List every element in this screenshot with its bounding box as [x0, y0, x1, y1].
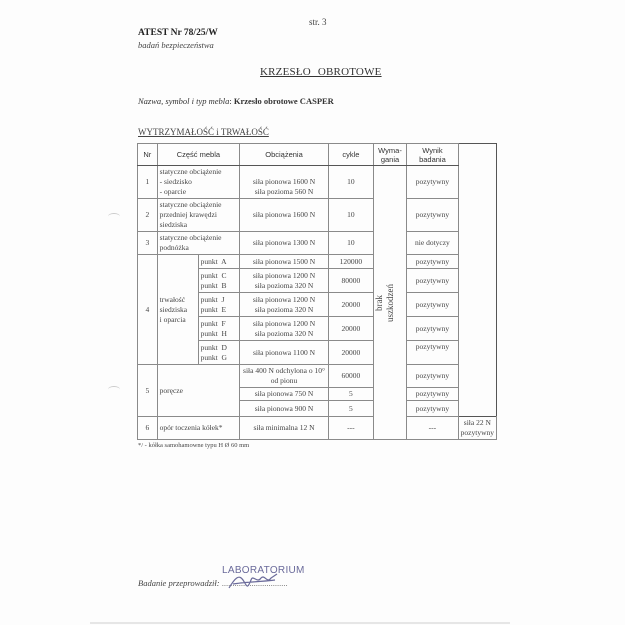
row-cycles: 5: [328, 401, 373, 417]
header-part: Część mebla: [157, 144, 239, 166]
row-result: pozytywny: [407, 341, 458, 365]
header-nr: Nr: [138, 144, 158, 166]
row-points: punkt A: [198, 255, 239, 269]
row-cycles: 80000: [328, 269, 373, 293]
row-result: pozytywny: [407, 388, 458, 401]
row-result: pozytywny: [407, 401, 458, 417]
document-title: KRZESŁO OBROTOWE: [260, 66, 382, 78]
row-load: siła pionowa 1200 N siła pozioma 320 N: [240, 317, 329, 341]
header-requirements: Wyma- gania: [373, 144, 406, 166]
row-part: trwałość siedziska i oparcia: [157, 255, 198, 365]
row-nr: 1: [138, 166, 158, 199]
row-cycles: 60000: [328, 365, 373, 388]
row-cycles: ---: [328, 417, 373, 440]
row-cycles: 10: [328, 199, 373, 232]
row-load: siła pionowa 1600 N siła pozioma 560 N: [240, 166, 329, 199]
row-cycles: 5: [328, 388, 373, 401]
product-label: Nazwa, symbol i typ mebla: [138, 96, 229, 106]
row-nr: 4: [138, 255, 158, 365]
row-cycles: 20000: [328, 317, 373, 341]
row-result: pozytywny: [407, 199, 458, 232]
row-nr: 3: [138, 232, 158, 255]
row-load: siła pionowa 900 N: [240, 401, 329, 417]
product-value: Krzesło obrotowe CASPER: [234, 96, 334, 106]
row-result: pozytywny: [407, 365, 458, 388]
section-title: WYTRZYMAŁOŚĆ i TRWAŁOŚĆ: [138, 127, 269, 137]
row-nr: 2: [138, 199, 158, 232]
row-result: nie dotyczy: [407, 232, 458, 255]
header-load: Obciążenia: [240, 144, 329, 166]
row-part: statyczne obciążenie podnóżka: [157, 232, 239, 255]
row-result: pozytywny: [407, 255, 458, 269]
row-requirement: ---: [407, 417, 458, 440]
row-cycles: 20000: [328, 293, 373, 317]
table-row: 2 statyczne obciążenie przedniej krawędz…: [138, 199, 497, 232]
row-cycles: 10: [328, 232, 373, 255]
row-points: punkt C punkt B: [198, 269, 239, 293]
table-row: 5 poręcze siła 400 N odchylona o 10° od …: [138, 365, 497, 388]
row-points: punkt J punkt E: [198, 293, 239, 317]
table-row: 6 opór toczenia kółek* siła minimalna 12…: [138, 417, 497, 440]
row-cycles: 10: [328, 166, 373, 199]
table-row: 1 statyczne obciążenie - siedzisko - opa…: [138, 166, 497, 199]
row-part: statyczne obciążenie - siedzisko - oparc…: [157, 166, 239, 199]
header-cycles: cykle: [328, 144, 373, 166]
row-result: pozytywny: [407, 317, 458, 341]
page-number: str. 3: [309, 17, 327, 27]
row-load: siła pionowa 1500 N: [240, 255, 329, 269]
row-nr: 5: [138, 365, 158, 417]
row-load: siła 400 N odchylona o 10° od pionu: [240, 365, 329, 388]
row-load: siła pionowa 1200 N siła pozioma 320 N: [240, 293, 329, 317]
row-points: punkt D punkt G: [198, 341, 239, 365]
row-cycles: 120000: [328, 255, 373, 269]
performed-by-label: Badanie przeprowadził:: [138, 578, 220, 588]
row-points: punkt F punkt H: [198, 317, 239, 341]
test-results-table: Nr Część mebla Obciążenia cykle Wyma- ga…: [137, 143, 497, 440]
row-part: statyczne obciążenie przedniej krawędzi …: [157, 199, 239, 232]
punch-hole-mark: [108, 386, 120, 393]
requirement-merged-cell: brak uszkodzeń: [373, 166, 406, 440]
row-load: siła pionowa 1600 N: [240, 199, 329, 232]
footnote: */ - kółka samohamowne typu H Ø 60 mm: [138, 442, 249, 449]
row-load: siła pionowa 1300 N: [240, 232, 329, 255]
requirement-text: brak uszkodzeń: [374, 284, 396, 322]
row-nr: 6: [138, 417, 158, 440]
row-load: siła pionowa 1200 N siła pozioma 320 N: [240, 269, 329, 293]
certificate-subtitle: badań bezpieczeństwa: [138, 40, 214, 50]
row-cycles: 20000: [328, 341, 373, 365]
table-row: 3 statyczne obciążenie podnóżka siła pio…: [138, 232, 497, 255]
row-load: siła pionowa 750 N: [240, 388, 329, 401]
row-part: poręcze: [157, 365, 239, 417]
row-result: pozytywny: [407, 293, 458, 317]
table-header-row: Nr Część mebla Obciążenia cykle Wyma- ga…: [138, 144, 497, 166]
product-name-line: Nazwa, symbol i typ mebla: Krzesło obrot…: [138, 96, 334, 106]
row-result: pozytywny: [407, 269, 458, 293]
row-result: pozytywny: [407, 166, 458, 199]
row-result: siła 22 N pozytywny: [458, 417, 496, 440]
page-edge: [90, 622, 510, 624]
table-row: 4 trwałość siedziska i oparcia punkt A s…: [138, 255, 497, 269]
document-page: str. 3 ATEST Nr 78/25/W badań bezpieczeń…: [0, 0, 625, 625]
row-load: siła pionowa 1100 N: [240, 341, 329, 365]
punch-hole-mark: [108, 213, 120, 220]
header-result: Wynik badania: [407, 144, 458, 166]
row-part: opór toczenia kółek*: [157, 417, 239, 440]
signature-scribble-icon: [225, 570, 285, 592]
certificate-number: ATEST Nr 78/25/W: [138, 28, 218, 38]
row-load: siła minimalna 12 N: [240, 417, 329, 440]
